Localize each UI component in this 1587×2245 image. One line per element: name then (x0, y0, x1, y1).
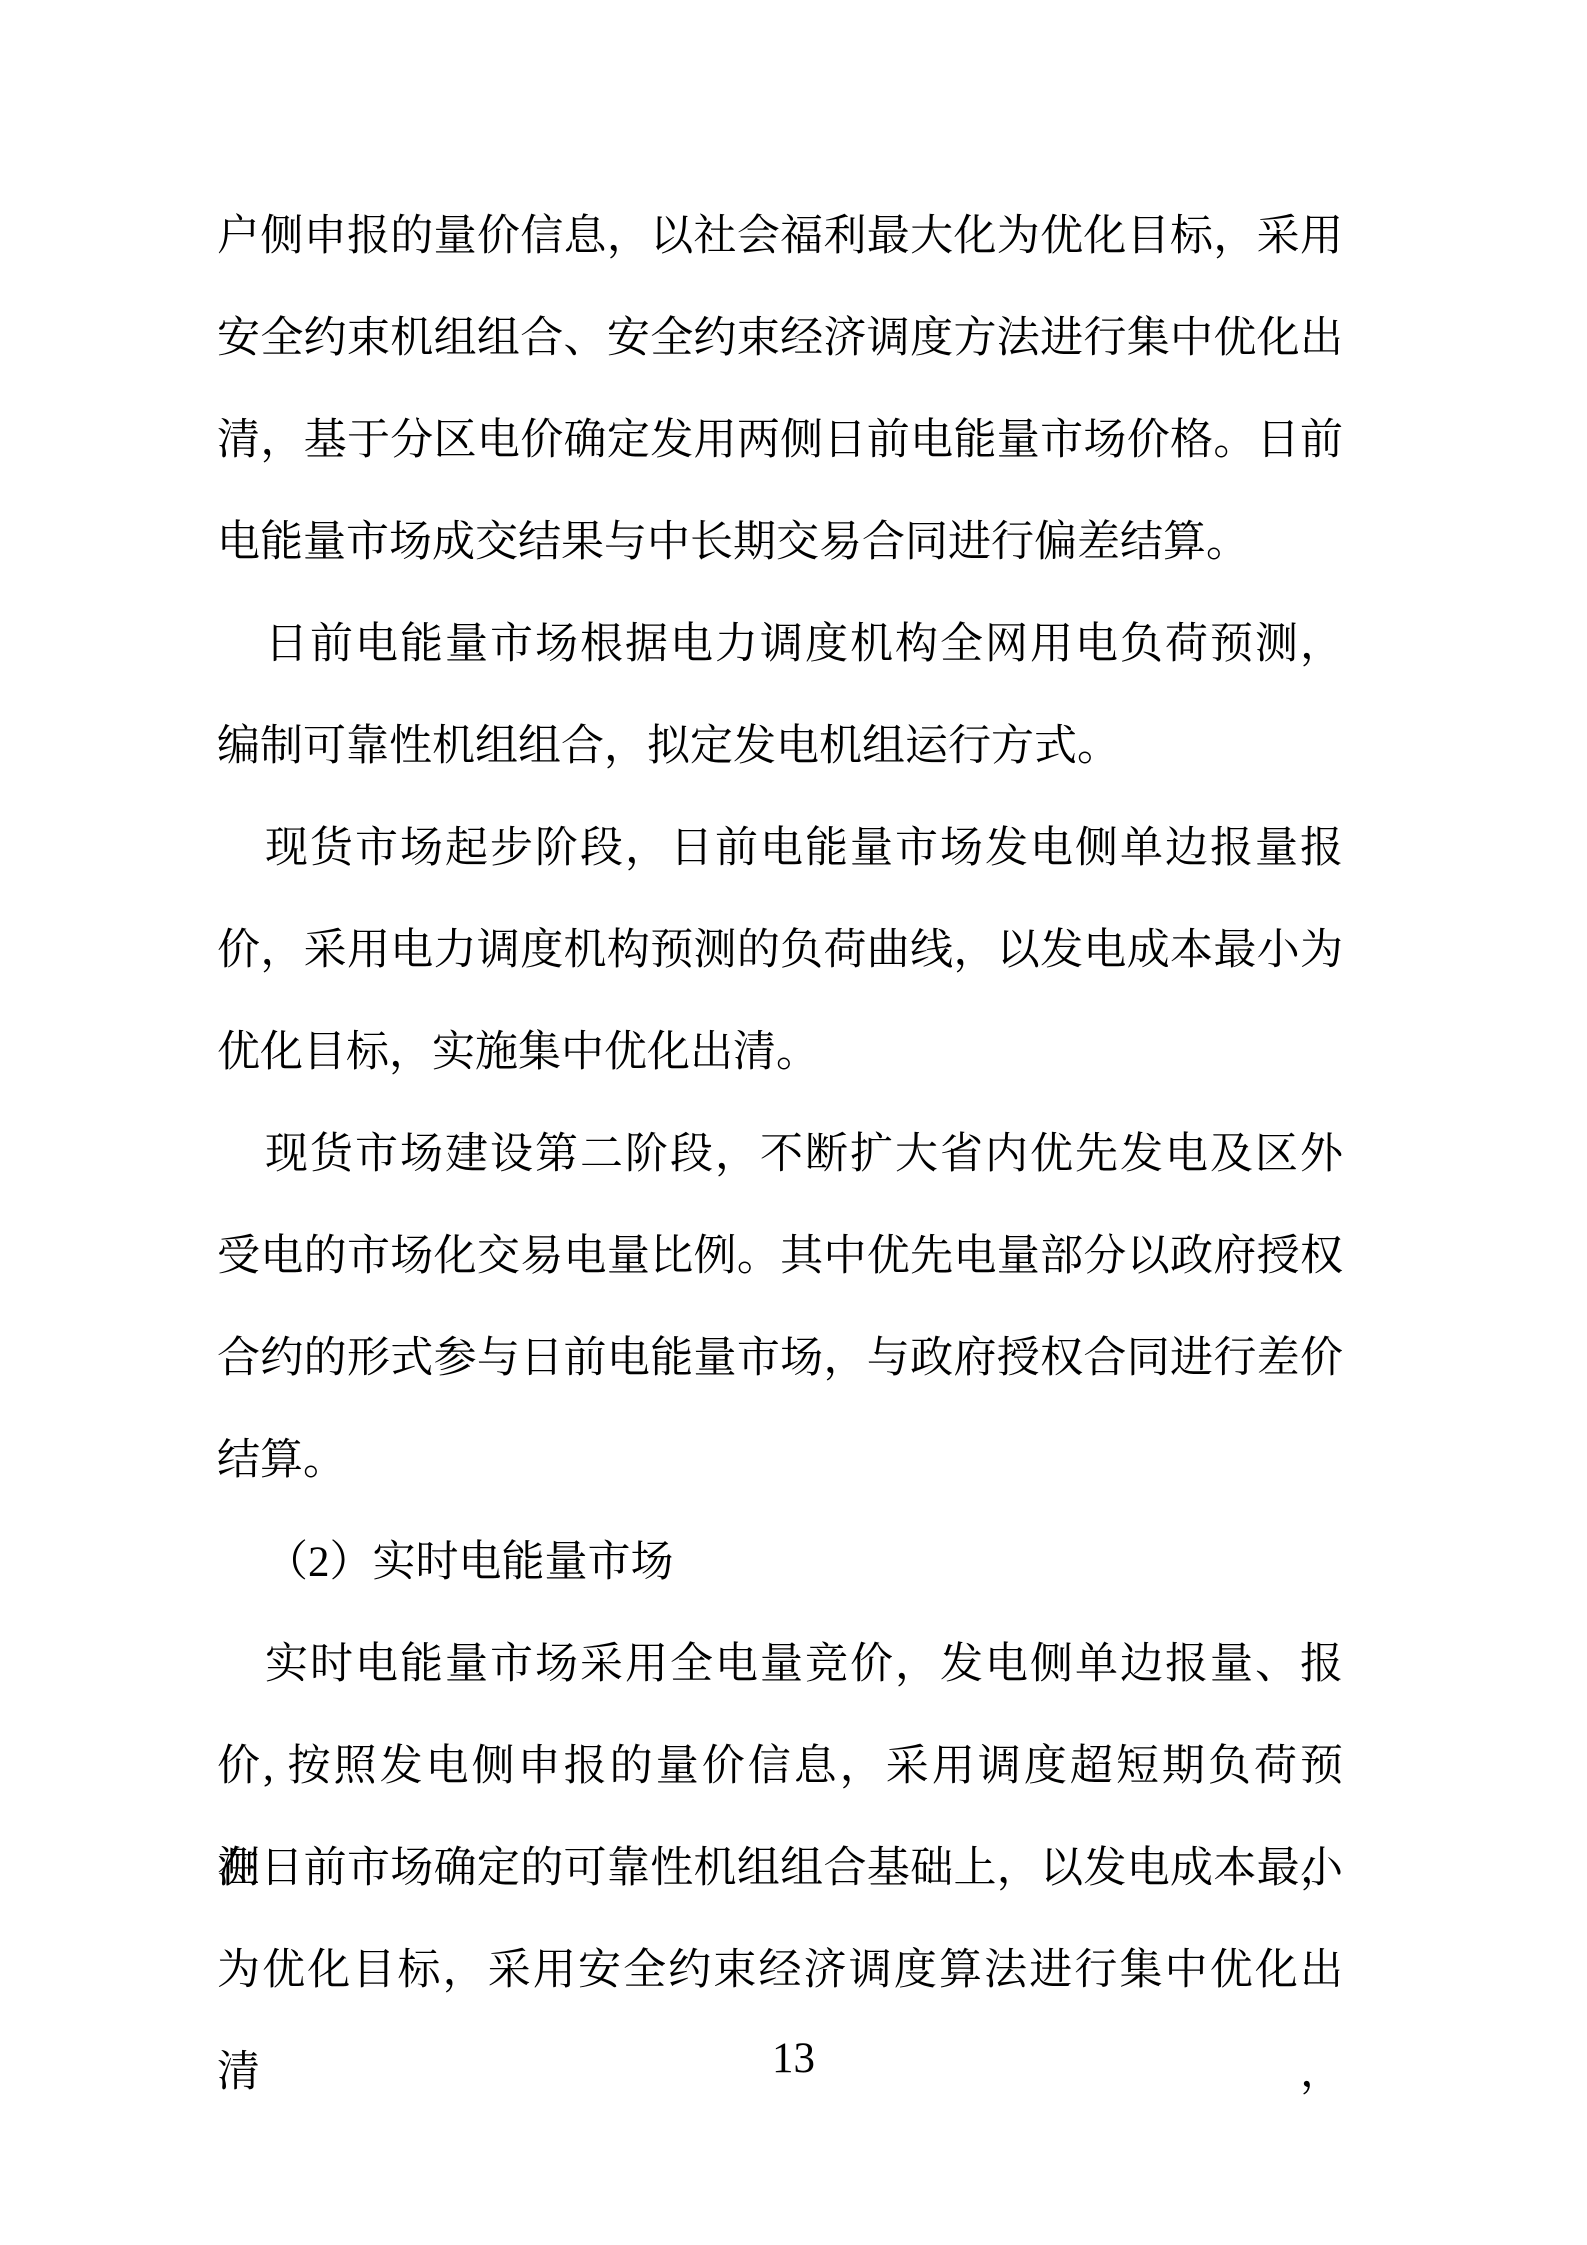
page-number: 13 (0, 2008, 1587, 2110)
body-text: 户侧申报的量价信息，以社会福利最大化为优化目标，采用安全约束机组组合、安全约束经… (217, 186, 1343, 2022)
text-line: 受电的市场化交易电量比例。其中优先电量部分以政府授权 (217, 1206, 1343, 1308)
text-line: 为优化目标，采用安全约束经济调度算法进行集中优化出清， (217, 1920, 1343, 2022)
document-page: 户侧申报的量价信息，以社会福利最大化为优化目标，采用安全约束机组组合、安全约束经… (0, 0, 1587, 2245)
text-line: 价，采用电力调度机构预测的负荷曲线，以发电成本最小为 (217, 900, 1343, 1002)
text-line: 优化目标，实施集中优化出清。 (217, 1002, 1343, 1104)
text-line: 户侧申报的量价信息，以社会福利最大化为优化目标，采用 (217, 186, 1343, 288)
text-line: 结算。 (217, 1410, 1343, 1512)
text-line: 电能量市场成交结果与中长期交易合同进行偏差结算。 (217, 492, 1343, 594)
text-line: 清，基于分区电价确定发用两侧日前电能量市场价格。日前 (217, 390, 1343, 492)
text-line: 现货市场建设第二阶段，不断扩大省内优先发电及区外 (217, 1104, 1343, 1206)
text-line: 在日前市场确定的可靠性机组组合基础上，以发电成本最小 (217, 1818, 1343, 1920)
text-line: 编制可靠性机组组合，拟定发电机组运行方式。 (217, 696, 1343, 798)
text-line: 实时电能量市场采用全电量竞价，发电侧单边报量、报 (217, 1614, 1343, 1716)
text-line: 日前电能量市场根据电力调度机构全网用电负荷预测， (217, 594, 1343, 696)
text-line: 价, 按照发电侧申报的量价信息，采用调度超短期负荷预测， (217, 1716, 1343, 1818)
text-line: （2）实时电能量市场 (217, 1512, 1343, 1614)
text-line: 安全约束机组组合、安全约束经济调度方法进行集中优化出 (217, 288, 1343, 390)
text-line: 现货市场起步阶段，日前电能量市场发电侧单边报量报 (217, 798, 1343, 900)
text-line: 合约的形式参与日前电能量市场，与政府授权合同进行差价 (217, 1308, 1343, 1410)
